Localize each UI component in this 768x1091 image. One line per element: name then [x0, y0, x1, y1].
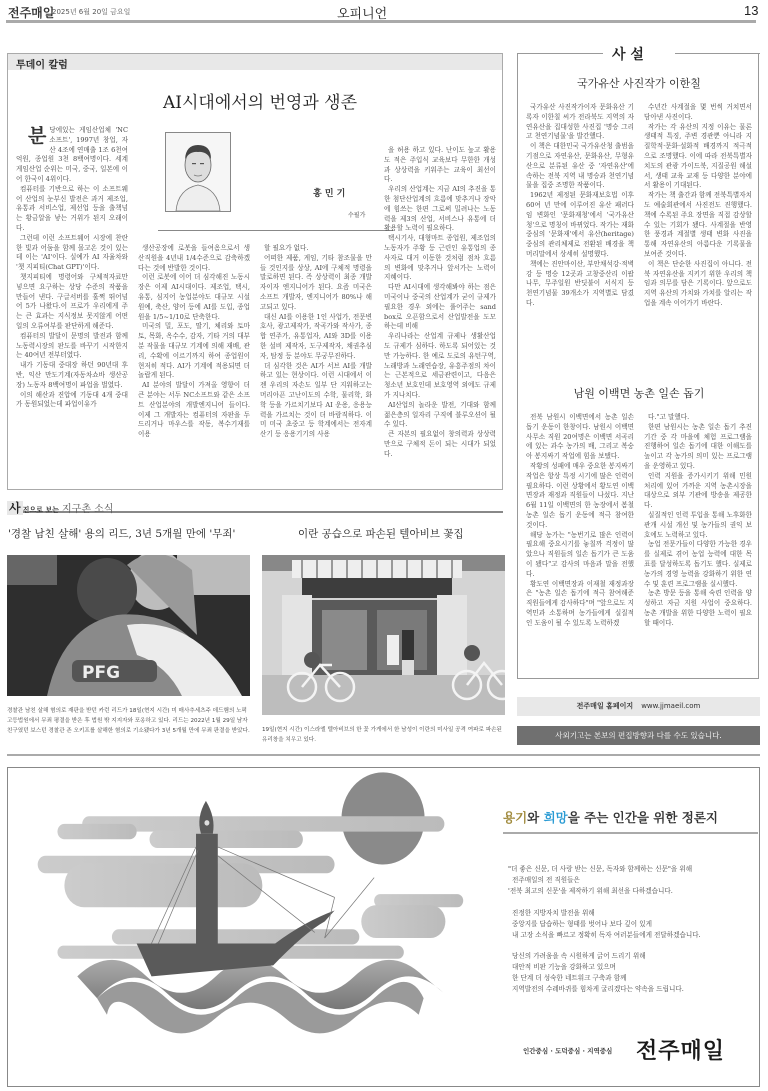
- band-mid: 진으로 보는: [23, 506, 59, 514]
- homepage-bar: 전주매일 홈페이지www.jjmaeil.com: [517, 697, 760, 716]
- shirt-logo: PFG: [82, 663, 120, 683]
- editorial-1-right: 수년간 사계절을 몇 번씩 거치면서 담아낸 사진이다. 작가는 각 유산의 지…: [644, 103, 752, 309]
- author-role: 수필가: [348, 210, 365, 219]
- paragraph: 국가유산 사진작가이자 문화유산 기록자 이한칠 씨가 전라북도 지역의 자연유…: [526, 103, 634, 142]
- paragraph: 할 필요가 없다.: [260, 244, 372, 254]
- ad-line: 당신의 가려움을 속 시원하게 긁어 드리기 위해: [512, 951, 684, 962]
- photo-news-band: 사진으로 보는 지구촌 소식: [7, 497, 503, 513]
- column-title: AI시대에서의 번영과 생존: [163, 88, 357, 113]
- ad-line: 대안적 비판 기능을 강화하고 있으며: [512, 962, 684, 973]
- paragraph: 작가는 책 출간과 함께 전북특별자치도 예술회관에서 사진전도 진행했다. 책…: [644, 191, 752, 260]
- paragraph: 해당 농가는 "농번기로 많은 인력이 필요해 중요시기를 놓칠까 걱정이 많았…: [526, 531, 634, 580]
- ad-slogan: 용기와 희망을 주는 인간을 위한 정론지: [503, 808, 718, 826]
- paragraph: 어떠한 제품, 게임, 기타 참조물을 만들 것인지를 상상, AI에 구체적 …: [260, 254, 372, 313]
- paragraph: 이 책은 단순한 사진집이 아니다. 전북 자연유산을 지키기 위한 우리의 책…: [644, 260, 752, 309]
- paragraph: 이 책은 대한민국 국가유산청 출범을 기점으로 자연유산, 문화유산, 무형유…: [526, 142, 634, 191]
- editorial-title-1: 국가유산 사진작가 이한칠: [518, 75, 760, 91]
- issue-date: 2025년 6월 20일 금요일: [52, 7, 130, 17]
- paragraph: 작황의 성패에 매우 중요한 봉지싸기 작업은 항상 특정 시기에 많은 인력이…: [526, 462, 634, 531]
- newspaper-logo: 전주매일: [8, 4, 54, 21]
- paragraph: 작가는 각 유산의 지정 이유는 물론 생태적 특징, 주변 경관뿐 아니라 지…: [644, 123, 752, 192]
- paragraph: 컴퓨터의 발달이 문명의 발전과 함께 노동력시장의 판도를 바꾸기 시작한지는…: [16, 332, 128, 361]
- ad-line: 한 단계 더 성숙한 네트워크 구축과 함께: [512, 973, 684, 984]
- ad-line: 내 고장 소식을 빠르고 정확히 독자 여러분들에게 전달하겠습니다.: [512, 930, 701, 941]
- disclaimer-bar: 사외기고는 본보의 편집방향과 다를 수도 있습니다.: [517, 726, 760, 745]
- paragraph: 내가 기동대 중대장 하던 90년대 후반, 익산 만도기계(자동차쇼바 생산공…: [16, 361, 128, 390]
- slogan-hope: 희망: [544, 810, 568, 825]
- ad-paragraph-2: 진정한 지방자치 발전을 위해 중앙지를 답습하는 형태를 벗어나 보다 깊이 …: [512, 908, 701, 941]
- editorial-2-right: 다."고 말했다. 한편 남원시는 농촌 일손 돕기 추진 기간 중 각 마을에…: [644, 413, 752, 629]
- paragraph: 이런 로봇에 이어 더 심각해진 노동시장은 이제 AI시대이다. 제조업, 택…: [138, 273, 250, 322]
- paragraph: 미국의 밀, 포도, 딸기, 체리와 토마토, 목화, 옥수수, 감자, 기타 …: [138, 322, 250, 381]
- pen-ship-illustration-icon: [8, 768, 483, 1086]
- author-photo: [165, 132, 231, 212]
- paragraph: 그런데 이런 소프트웨어 시장에 찬란한 빛과 어둠을 함께 몰고온 것이 있는…: [16, 234, 128, 273]
- ad-line: "더 좋은 신문, 더 사랑 받는 신문, 독자와 함께하는 신문"을 위해: [508, 864, 692, 875]
- paragraph: AI 분야의 발달이 가져올 영향이 더 큰 분야는 서두 NC소프트와 같은 …: [138, 381, 250, 440]
- ad-paragraph-1: "더 좋은 신문, 더 사랑 받는 신문, 독자와 함께하는 신문"을 위해 전…: [508, 864, 692, 897]
- ad-line: 지역발전의 수레바퀴를 힘차게 굴리겠다는 약속을 드립니다.: [512, 984, 684, 995]
- paragraph: 수년간 사계절을 몇 번씩 거치면서 담아낸 사진이다.: [644, 103, 752, 123]
- column-text-1: 분 당에있는 게임산업체 'NC소프트', 1997년 창업, 자산 4조에 연…: [16, 126, 128, 410]
- ad-line: 중앙지를 답습하는 형태를 벗어나 보다 깊이 있게: [512, 919, 701, 930]
- photo-title-1: '경찰 남친 살해' 용의 리드, 3년 5개월 만에 '무죄': [8, 526, 235, 541]
- paragraph: 우리의 산업계는 지금 AI의 추진을 통한 첨단산업계의 흐름에 맞추거나 장…: [384, 185, 496, 234]
- column-text-2: 생산공장에 로봇을 들여옴으로서 생산직원을 4년내 1/4수준으로 감축하겠다…: [138, 244, 250, 440]
- editorial-band: 사 설: [612, 44, 644, 64]
- today-column: 투데이 칼럼 AI시대에서의 번영과 생존 홍 민 기 수필가 분 당에있는 게…: [7, 53, 503, 490]
- photo-title-2: 이란 공습으로 파손된 텔아비브 꽃집: [298, 526, 464, 541]
- slogan-courage: 용기: [503, 810, 527, 825]
- paragraph: 이의 해산과 진압에 기동대 4개 중대가 동원되었는데 파업이유가: [16, 391, 128, 411]
- paragraph: 큰 자본의 필요없이 창의력과 상상력만으로 구체적 돈이 되는 시대가 되었다…: [384, 430, 496, 459]
- drop-cap: 분: [28, 126, 46, 146]
- paragraph: 컴퓨터를 기반으로 하는 이 소프트웨어 산업의 눈부신 발전은 과거 제조업,…: [16, 185, 128, 234]
- slogan-text: 와: [527, 810, 543, 825]
- ad-line: '전북 최고의 신문'을 제작하기 위해 최선을 다하겠습니다.: [508, 886, 692, 897]
- paragraph: 농업 전문가들이 다양한 가능한 경우를 실제로 겪어 농업 능력에 대한 목표…: [644, 540, 752, 589]
- author-rule: [158, 230, 393, 231]
- paragraph: 다."고 말했다.: [644, 413, 752, 423]
- photo-karen-read: PFG: [7, 555, 250, 696]
- photo-caption-1: 경찰관 남친 살해 혐의로 재판을 받던 카런 리드가 18일(현지 시간) 미…: [7, 706, 250, 736]
- author-name: 홍 민 기: [313, 186, 345, 199]
- ad-line: 진정한 지방자치 발전을 위해: [512, 908, 701, 919]
- ad-paragraph-3: 당신의 가려움을 속 시원하게 긁어 드리기 위해 대안적 비판 기능을 강화하…: [512, 951, 684, 995]
- section-divider: [7, 754, 760, 756]
- slogan-text: 을 주는 인간을 위한 정론지: [568, 810, 718, 825]
- hug-photo-icon: PFG: [7, 555, 250, 696]
- paragraph: 대신 AI를 이용한 1인 사업가, 전문변호사, 광고제작가, 작곡가와 작사…: [260, 313, 372, 362]
- homepage-url[interactable]: www.jjmaeil.com: [641, 702, 700, 710]
- photo-telaviv-flower-shop: [262, 555, 505, 715]
- paragraph: 황도연 이백면장과 이재철 재정과장은 "농촌 일손 돕기에 적극 참여해준 직…: [526, 580, 634, 629]
- band-initial: 사: [7, 501, 23, 515]
- paragraph: 택시기사, 대형마트 종업원, 제조업의 노동자가 주황 등 근린인 유통업의 …: [384, 234, 496, 283]
- paragraph: 책에는 진안마이산, 부안채석강·적벽강 등 명승 12곳과 고창중산리 이팝나…: [526, 260, 634, 309]
- paragraph: AI산업의 놀라운 발전, 기대와 함께 젊은층의 일자리 구직에 블루오션이 …: [384, 401, 496, 430]
- editorial-1-left: 국가유산 사진작가이자 문화유산 기록자 이한칠 씨가 전라북도 지역의 자연유…: [526, 103, 634, 309]
- paragraph: 생산공장에 로봇을 들여옴으로서 생산직원을 4년내 1/4수준으로 감축하겠다…: [138, 244, 250, 273]
- editorial-title-2: 남원 이백면 농촌 일손 돕기: [518, 385, 760, 401]
- paragraph: 1962년 제정된 문화재보호법 이후 60여 년 만에 이루어진 유산 패러다…: [526, 191, 634, 260]
- slogan-rule: [503, 832, 758, 834]
- column-band: 투데이 칼럼: [8, 54, 502, 70]
- ad-line: 전주매일의 전 직원들은: [508, 875, 692, 886]
- editorial-2-left: 전북 남원시 이백면에서 농촌 일손 돕기 운동이 한창이다. 남원시 이백면사…: [526, 413, 634, 629]
- photo-caption-2: 19일(현지 시간) 이스라엘 텔아비브의 한 꽃 가게에서 한 남성이 이란의…: [262, 725, 505, 745]
- header-rule: [6, 20, 756, 23]
- column-text-4: 을 허용 하고 있다. 난이도 높고 활용도 적은 주입식 교육보다 무한한 개…: [384, 146, 496, 460]
- paragraph: 을 허용 하고 있다. 난이도 높고 활용도 적은 주입식 교육보다 무한한 개…: [384, 146, 496, 185]
- paragraph: 우리나라는 산업계 규제나 생활산업도 규제가 심하다. 하도록 되어있는 것만…: [384, 332, 496, 401]
- editorial-box: 사 설 국가유산 사진작가 이한칠 국가유산 사진작가이자 문화유산 기록자 이…: [517, 53, 759, 679]
- editorial-rule-right: [675, 53, 760, 54]
- paragraph: 실질적인 인력 투입을 통해 노후화한 관개 시설 개선 및 농가들의 권익 보…: [644, 511, 752, 540]
- portrait-icon: [166, 133, 230, 211]
- editorial-rule-left: [517, 53, 603, 54]
- paragraph: 다만 AI시대에 생각해봐야 하는 점은 미국이나 중국의 산업계가 굳이 규제…: [384, 283, 496, 332]
- paragraph: 농촌 방문 등을 통해 숙련 인력을 양성하고 자금 지원 사업이 중요하다. …: [644, 589, 752, 628]
- column-text-3: 할 필요가 없다. 어떠한 제품, 게임, 기타 참조물을 만들 것인지를 상상…: [260, 244, 372, 440]
- paragraph: 전북 남원시 이백면에서 농촌 일손 돕기 운동이 한창이다. 남원시 이백면사…: [526, 413, 634, 462]
- page-number: 13: [744, 3, 758, 18]
- ad-logo: 전주매일: [636, 1034, 725, 1065]
- flower-shop-photo-icon: [262, 555, 505, 715]
- paragraph: 더 심각한 것은 AI가 서브 AI를 개발하고 있는 현상이다. 이런 시대에…: [260, 362, 372, 440]
- paragraph: 챗지피티에 명령어와 구체적자료만 넣으면 요구하는 상당 수준의 작품을 만들…: [16, 273, 128, 332]
- homepage-label: 전주매일 홈페이지: [577, 702, 634, 710]
- ad-box: 용기와 희망을 주는 인간을 위한 정론지 "더 좋은 신문, 더 사랑 받는 …: [7, 767, 760, 1087]
- ad-motto: 인간중심 · 도덕중심 · 지역중심: [523, 1046, 612, 1055]
- paragraph: 한편 남원시는 농촌 일손 돕기 추진 기간 중 각 마을에 체험 프로그램을 …: [644, 423, 752, 472]
- paragraph: 인력 지원을 증가시키기 위해 민원 처리에 있어 가까운 지역 농촌시장을 대…: [644, 472, 752, 511]
- band-rest: 지구촌 소식: [59, 504, 114, 515]
